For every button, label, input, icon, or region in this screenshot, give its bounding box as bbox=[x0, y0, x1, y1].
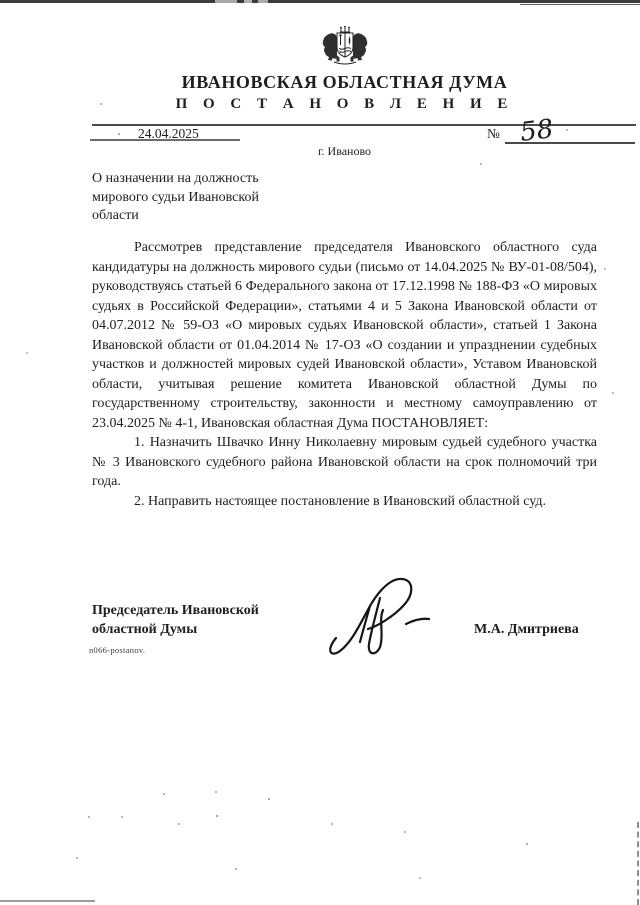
resolution-item-1: 1. Назначить Швачко Инну Николаевну миро… bbox=[92, 433, 597, 492]
scan-top-edge-subline bbox=[520, 4, 640, 5]
document-subject: О назначении на должность мирового судьи… bbox=[92, 170, 300, 226]
scan-top-edge-gap bbox=[258, 0, 268, 3]
handwritten-signature-icon bbox=[326, 572, 436, 667]
document-page: ИВАНОВСКАЯ ОБЛАСТНАЯ ДУМА П О С Т А Н О … bbox=[0, 0, 640, 905]
organization-name: ИВАНОВСКАЯ ОБЛАСТНАЯ ДУМА bbox=[92, 72, 597, 93]
scan-bottom-edge-line bbox=[0, 900, 95, 902]
scan-top-edge-gap bbox=[244, 0, 252, 3]
date-underline bbox=[90, 139, 240, 141]
scan-top-edge-line bbox=[0, 0, 640, 3]
place-name: г. Иваново bbox=[92, 144, 597, 159]
scan-top-edge-gap bbox=[215, 0, 237, 3]
document-body: Рассмотрев представление председателя Ив… bbox=[92, 238, 597, 511]
signer-position: Председатель Ивановской областной Думы bbox=[92, 601, 297, 639]
scan-right-edge-line bbox=[637, 822, 639, 905]
preamble-paragraph: Рассмотрев представление председателя Ив… bbox=[92, 238, 597, 433]
resolution-item-2: 2. Направить настоящее постановление в И… bbox=[92, 492, 597, 512]
number-label: № bbox=[487, 126, 500, 142]
signer-name: М.А. Дмитриева bbox=[474, 622, 579, 638]
coat-of-arms-icon bbox=[92, 26, 597, 71]
scan-noise-dots bbox=[0, 0, 2, 2]
footer-file-note: n066-postanov. bbox=[89, 645, 145, 655]
